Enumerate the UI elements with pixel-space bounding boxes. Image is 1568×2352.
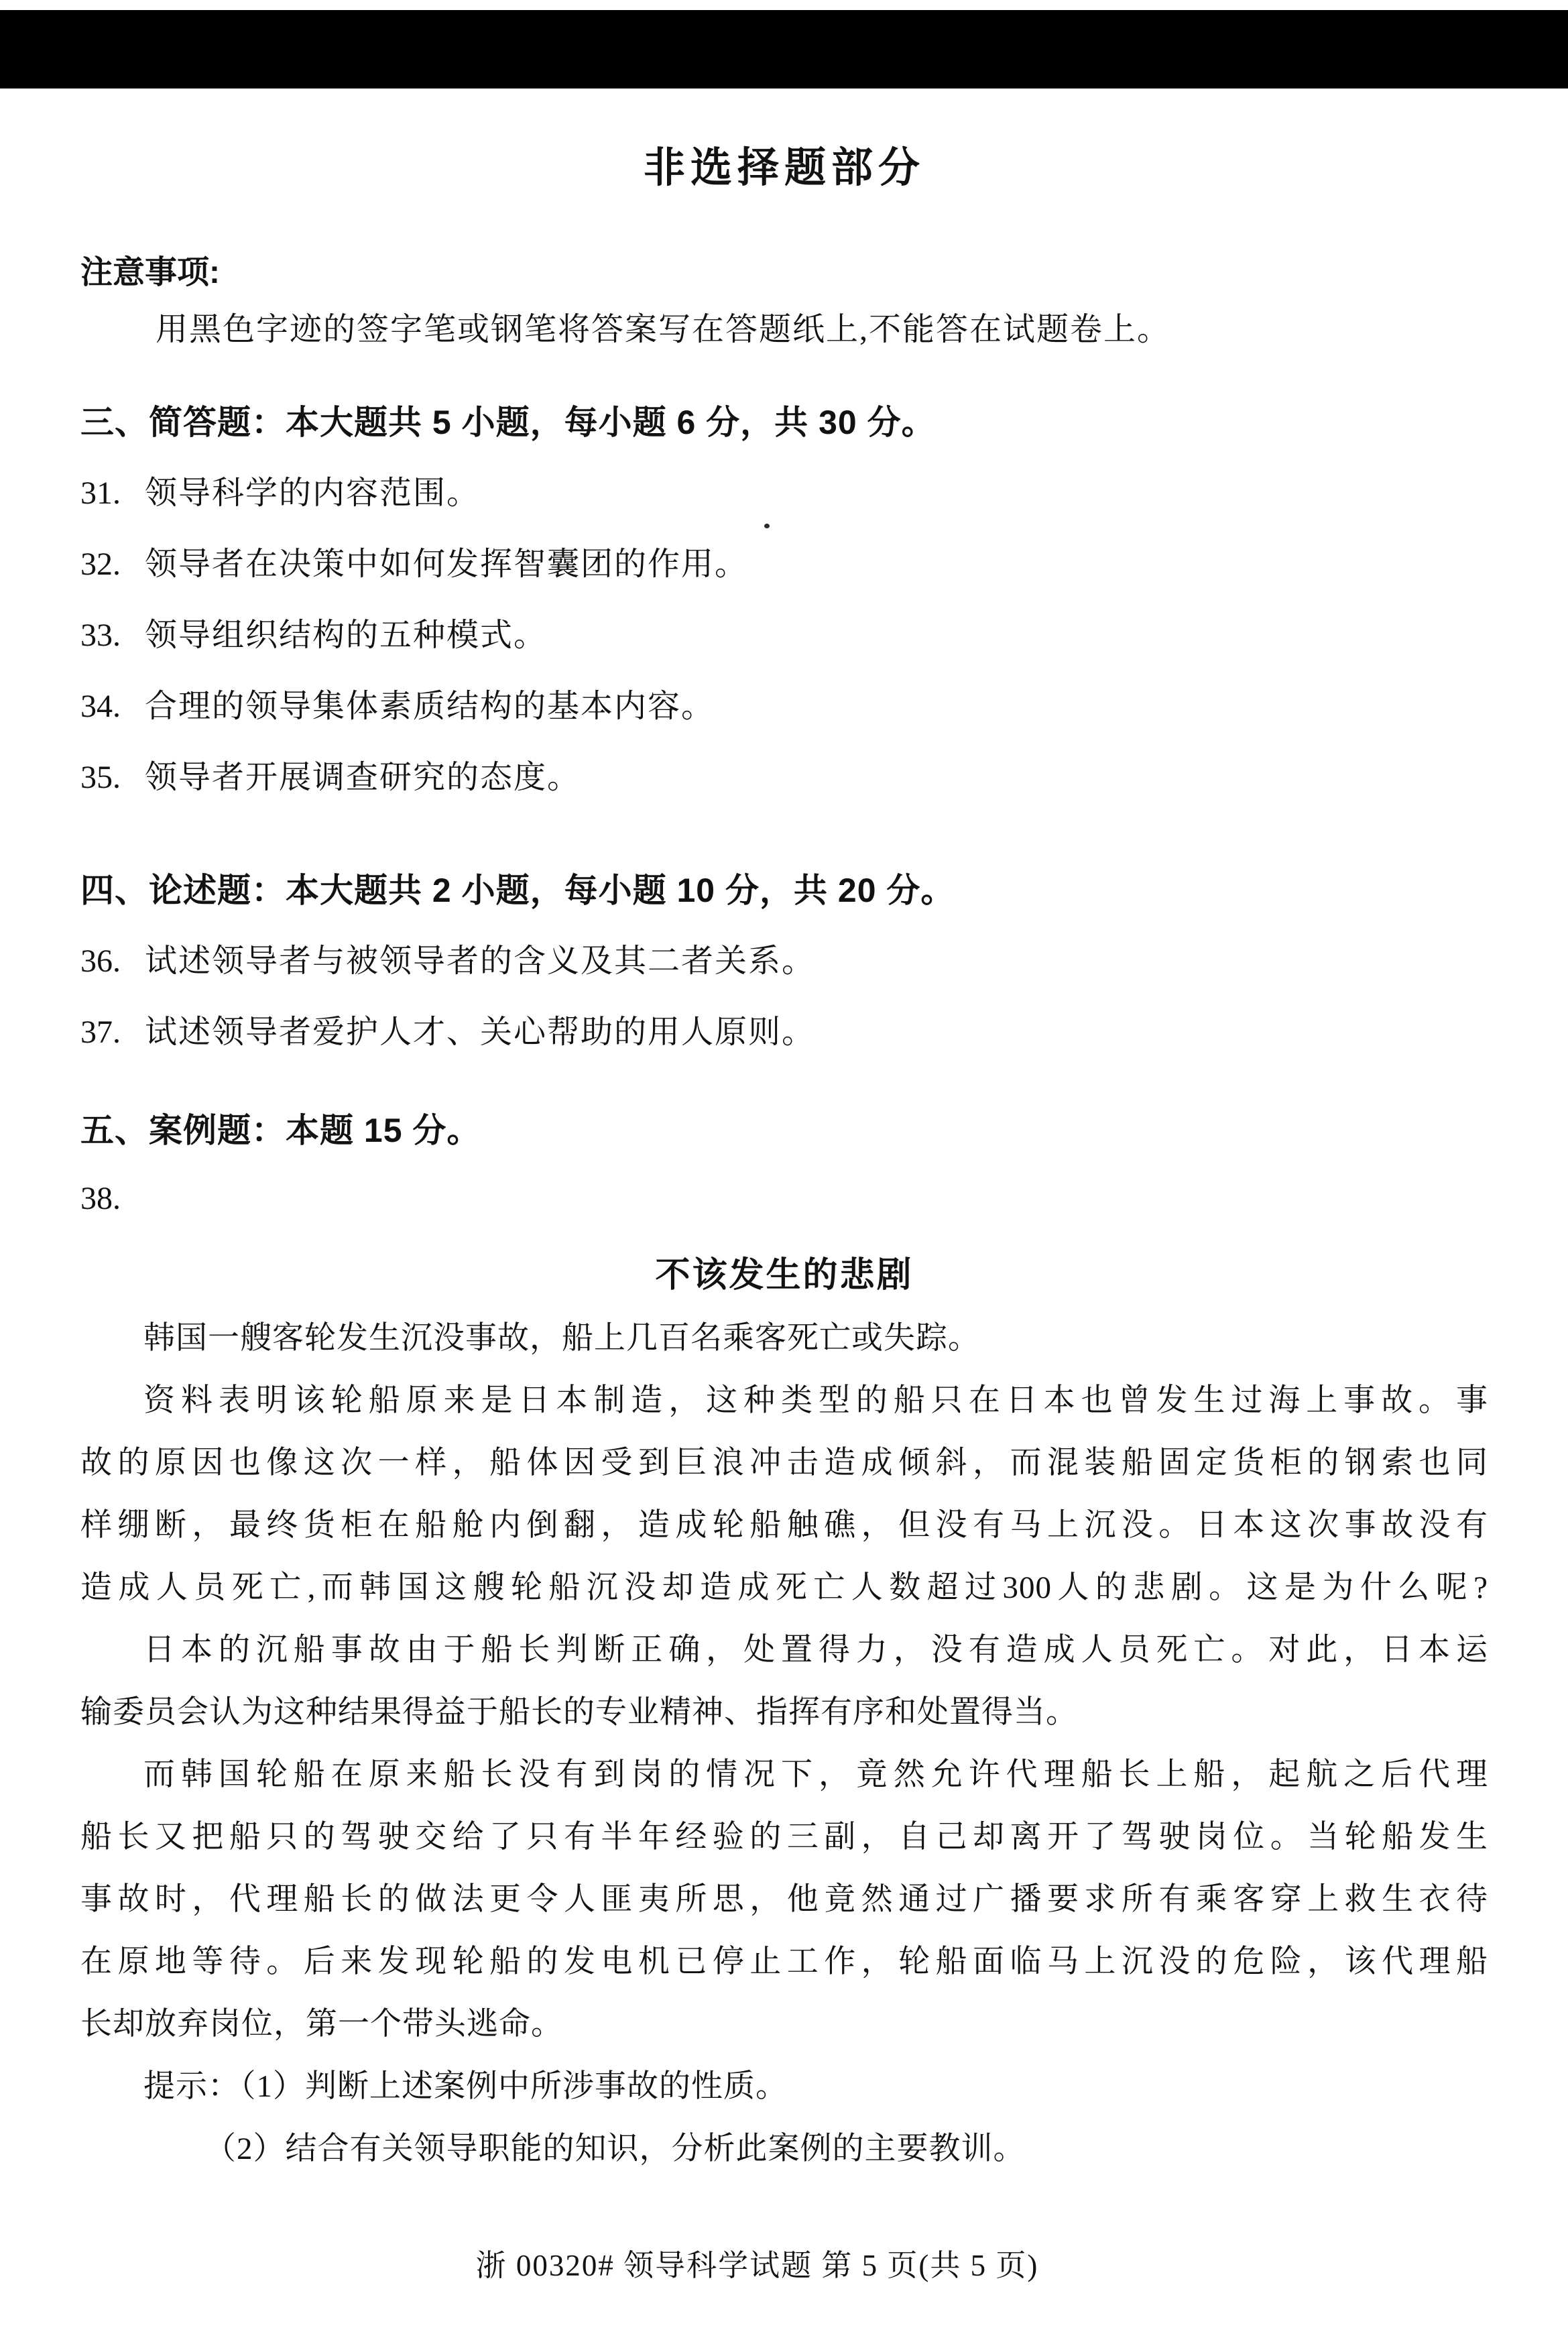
case-line: 故的原因也像这次一样，船体因受到巨浪冲击造成倾斜，而混装船固定货柜的钢索也同 xyxy=(80,1432,1488,1494)
section-3: 五、案例题：本题 15 分。38. xyxy=(80,1112,1488,1218)
case-title: 不该发生的悲剧 xyxy=(80,1256,1488,1294)
question-number: 35. xyxy=(80,759,145,797)
case-line: 长却放弃岗位，第一个带头逃命。 xyxy=(80,1993,1488,2056)
question-number: 33. xyxy=(80,617,145,654)
case-line: 日本的沉船事故由于船长判断正确，处置得力，没有造成人员死亡。对此，日本运 xyxy=(80,1619,1488,1682)
section-heading: 三、简答题：本大题共 5 小题，每小题 6 分，共 30 分。 xyxy=(80,404,1488,441)
case-line: 船长又把船只的驾驶交给了只有半年经验的三副，自己却离开了驾驶岗位。当轮船发生 xyxy=(80,1806,1488,1869)
question-row: 31.领导科学的内容范围。 xyxy=(80,475,1488,512)
case-body: 韩国一艘客轮发生沉没事故，船上几百名乘客死亡或失踪。资料表明该轮船原来是日本制造… xyxy=(80,1307,1488,2056)
question-row: 32.领导者在决策中如何发挥智囊团的作用。 xyxy=(80,546,1488,583)
hint-line: 提示：（1）判断上述案例中所涉事故的性质。 xyxy=(80,2056,1488,2118)
case-line: 韩国一艘客轮发生沉没事故，船上几百名乘客死亡或失踪。 xyxy=(80,1307,1488,1370)
question-text xyxy=(145,1180,1488,1218)
case-line: 事故时，代理船长的做法更令人匪夷所思，他竟然通过广播要求所有乘客穿上救生衣待 xyxy=(80,1869,1488,1931)
question-row: 37.试述领导者爱护人才、关心帮助的用人原则。 xyxy=(80,1014,1488,1051)
case-line: 而韩国轮船在原来船长没有到岗的情况下，竟然允许代理船长上船，起航之后代理 xyxy=(80,1744,1488,1806)
question-text: 合理的领导集体素质结构的基本内容。 xyxy=(145,688,1488,725)
question-number: 36. xyxy=(80,943,145,980)
case-line: 在原地等待。后来发现轮船的发电机已停止工作，轮船面临马上沉没的危险，该代理船 xyxy=(80,1931,1488,1993)
notice-label: 注意事项: xyxy=(80,256,1488,290)
sections-container: 三、简答题：本大题共 5 小题，每小题 6 分，共 30 分。31.领导科学的内… xyxy=(80,404,1488,1218)
case-line: 资料表明该轮船原来是日本制造，这种类型的船只在日本也曾发生过海上事故。事 xyxy=(80,1370,1488,1432)
question-number: 34. xyxy=(80,688,145,725)
section-heading: 五、案例题：本题 15 分。 xyxy=(80,1112,1488,1149)
section-1: 三、简答题：本大题共 5 小题，每小题 6 分，共 30 分。31.领导科学的内… xyxy=(80,404,1488,797)
scan-black-bar xyxy=(0,10,1568,89)
case-paragraph: 资料表明该轮船原来是日本制造，这种类型的船只在日本也曾发生过海上事故。事故的原因… xyxy=(80,1370,1488,1619)
exam-page: 非选择题部分 注意事项: 用黑色字迹的签字笔或钢笔将答案写在答题纸上,不能答在试… xyxy=(80,89,1488,2180)
question-text: 试述领导者与被领导者的含义及其二者关系。 xyxy=(145,943,1488,980)
case-paragraph: 日本的沉船事故由于船长判断正确，处置得力，没有造成人员死亡。对此，日本运输委员会… xyxy=(80,1619,1488,1744)
part-title: 非选择题部分 xyxy=(80,148,1488,189)
case-line: 造成人员死亡,而韩国这艘轮船沉没却造成死亡人数超过300人的悲剧。这是为什么呢? xyxy=(80,1557,1488,1619)
case-paragraph: 韩国一艘客轮发生沉没事故，船上几百名乘客死亡或失踪。 xyxy=(80,1307,1488,1370)
hint-line: （2）结合有关领导职能的知识，分析此案例的主要教训。 xyxy=(80,2118,1488,2180)
question-row: 34.合理的领导集体素质结构的基本内容。 xyxy=(80,688,1488,725)
question-row: 38. xyxy=(80,1180,1488,1218)
case-paragraph: 而韩国轮船在原来船长没有到岗的情况下，竟然允许代理船长上船，起航之后代理船长又把… xyxy=(80,1744,1488,2056)
question-text: 领导科学的内容范围。 xyxy=(145,475,1488,512)
notice-text: 用黑色字迹的签字笔或钢笔将答案写在答题纸上,不能答在试题卷上。 xyxy=(80,311,1488,349)
question-row: 33.领导组织结构的五种模式。 xyxy=(80,617,1488,654)
section-2: 四、论述题：本大题共 2 小题，每小题 10 分，共 20 分。36.试述领导者… xyxy=(80,872,1488,1051)
question-text: 试述领导者爱护人才、关心帮助的用人原则。 xyxy=(145,1014,1488,1051)
question-text: 领导者开展调查研究的态度。 xyxy=(145,759,1488,797)
page-footer: 浙 00320# 领导科学试题 第 5 页(共 5 页) xyxy=(0,2249,1541,2282)
question-number: 32. xyxy=(80,546,145,583)
question-number: 37. xyxy=(80,1014,145,1051)
question-number: 38. xyxy=(80,1180,145,1218)
case-line: 样绷断，最终货柜在船舱内倒翻，造成轮船触礁，但没有马上沉没。日本这次事故没有 xyxy=(80,1494,1488,1557)
question-row: 35.领导者开展调查研究的态度。 xyxy=(80,759,1488,797)
question-number: 31. xyxy=(80,475,145,512)
question-text: 领导组织结构的五种模式。 xyxy=(145,617,1488,654)
case-hints: 提示：（1）判断上述案例中所涉事故的性质。（2）结合有关领导职能的知识，分析此案… xyxy=(80,2056,1488,2180)
question-text: 领导者在决策中如何发挥智囊团的作用。 xyxy=(145,546,1488,583)
section-heading: 四、论述题：本大题共 2 小题，每小题 10 分，共 20 分。 xyxy=(80,872,1488,909)
case-line: 输委员会认为这种结果得益于船长的专业精神、指挥有序和处置得当。 xyxy=(80,1682,1488,1744)
question-row: 36.试述领导者与被领导者的含义及其二者关系。 xyxy=(80,943,1488,980)
